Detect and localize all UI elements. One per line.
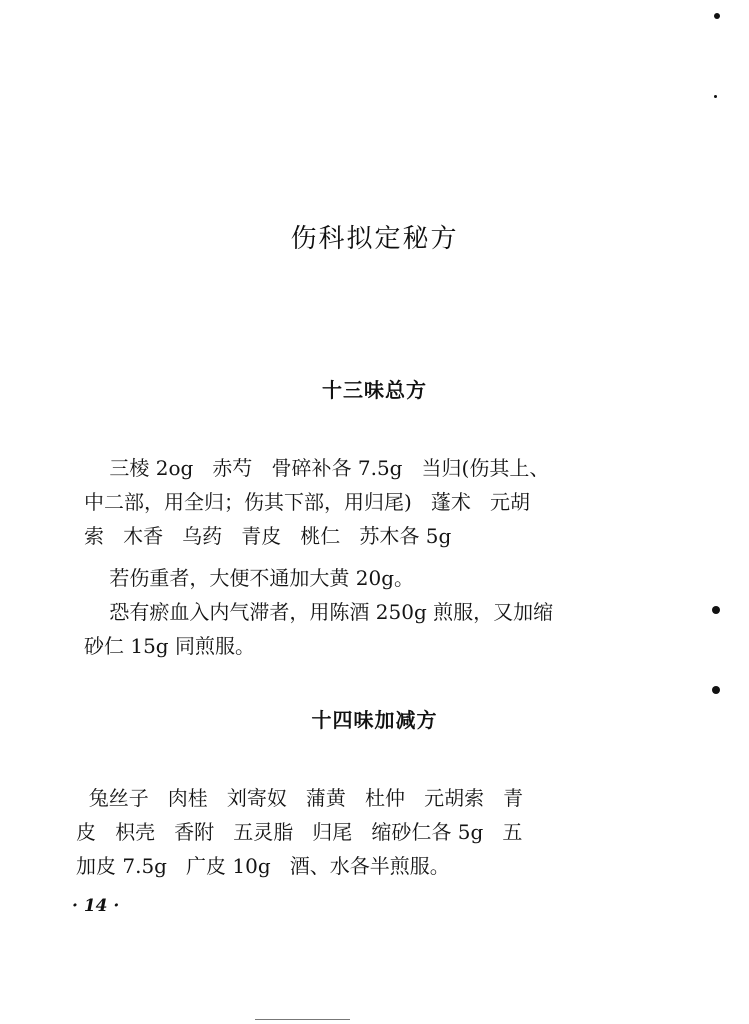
binding-hole-mark bbox=[712, 686, 720, 694]
page-title: 伤科拟定秘方 bbox=[0, 218, 749, 255]
formula-text-line: 加皮 7.5g 广皮 10g 酒、水各半煎服。 bbox=[76, 854, 450, 878]
formula-text-line: 兔丝子 肉桂 刘寄奴 蒲黄 杜仲 元胡索 青 bbox=[76, 786, 523, 810]
binding-hole-mark bbox=[712, 606, 720, 614]
formula-text-line: 砂仁 15g 同煎服。 bbox=[84, 634, 255, 658]
scan-speck bbox=[714, 95, 717, 98]
formula-text-line: 恐有瘀血入内气滞者，用陈酒 250g 煎服，又加缩 bbox=[84, 600, 553, 624]
scan-speck bbox=[714, 13, 720, 19]
formula-text-line: 中二部，用全归；伤其下部，用归尾) 蓬术 元胡 bbox=[84, 490, 530, 514]
formula-text-line: 皮 枳壳 香附 五灵脂 归尾 缩砂仁各 5g 五 bbox=[76, 820, 522, 844]
formula-text-line: 索 木香 乌药 青皮 桃仁 苏木各 5g bbox=[84, 524, 451, 548]
section-heading-fourteen-herb-modified-formula: 十四味加减方 bbox=[0, 704, 749, 733]
page-number: · 14 · bbox=[72, 896, 119, 916]
formula-text-line: 若伤重者，大便不通加大黄 20g。 bbox=[84, 566, 414, 590]
formula-text-line: 三棱 2og 赤芍 骨碎补各 7.5g 当归(伤其上、 bbox=[84, 456, 549, 480]
section-heading-thirteen-herb-formula: 十三味总方 bbox=[0, 374, 749, 403]
scan-rule-artifact bbox=[255, 1019, 350, 1020]
